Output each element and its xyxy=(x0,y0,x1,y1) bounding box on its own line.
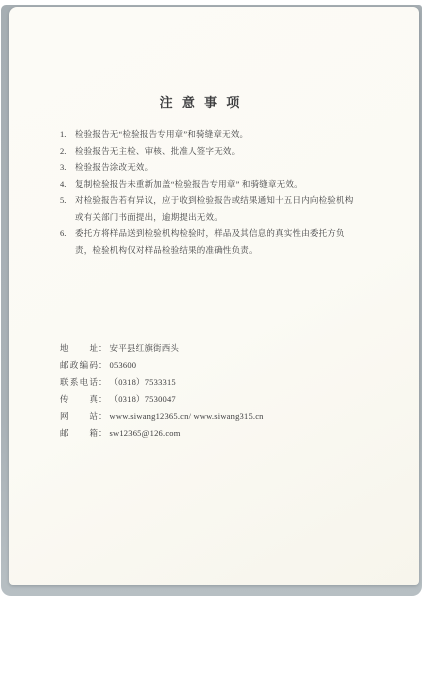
label-colon: ： xyxy=(98,340,107,357)
note-item: 2. 检验报告无主检、审核、批准人签字无效。 xyxy=(60,143,361,160)
contact-label: 传真 xyxy=(60,391,98,408)
contact-value: 安平县红旗街西头 xyxy=(110,343,180,353)
label-colon: ： xyxy=(98,425,107,442)
contact-address-row: 地址：安平县红旗街西头 xyxy=(60,340,264,357)
note-number: 5. xyxy=(60,192,75,225)
note-item: 6. 委托方将样品送到检验机构检验时，样品及其信息的真实性由委托方负责，检验机构… xyxy=(60,225,361,258)
contact-email-row: 邮箱：sw12365@126.com xyxy=(60,425,264,442)
note-text: 复制检验报告未重新加盖“检验报告专用章” 和骑缝章无效。 xyxy=(75,176,361,193)
contact-postcode-row: 邮政编码：053600 xyxy=(60,357,264,374)
note-number: 2. xyxy=(60,143,75,160)
scanned-page: 注 意 事 项 1. 检验报告无“检验报告专用章”和骑缝章无效。 2. 检验报告… xyxy=(0,0,424,700)
note-item: 3. 检验报告涂改无效。 xyxy=(60,159,361,176)
note-text: 委托方将样品送到检验机构检验时，样品及其信息的真实性由委托方负责，检验机构仅对样… xyxy=(75,225,361,258)
note-number: 3. xyxy=(60,159,75,176)
label-colon: ： xyxy=(98,391,107,408)
note-text: 检验报告无“检验报告专用章”和骑缝章无效。 xyxy=(75,126,361,143)
label-colon: ： xyxy=(98,357,107,374)
note-text: 检验报告涂改无效。 xyxy=(75,159,361,176)
contact-label: 地址 xyxy=(60,340,98,357)
contact-label: 网站 xyxy=(60,408,98,425)
note-item: 4. 复制检验报告未重新加盖“检验报告专用章” 和骑缝章无效。 xyxy=(60,176,361,193)
page-title: 注 意 事 项 xyxy=(9,92,393,111)
note-number: 4. xyxy=(60,176,75,193)
label-colon: ： xyxy=(98,374,107,391)
contact-info-block: 地址：安平县红旗街西头 邮政编码：053600 联系电话：（0318）75333… xyxy=(60,340,264,442)
note-text: 检验报告无主检、审核、批准人签字无效。 xyxy=(75,143,361,160)
note-item: 5. 对检验报告若有异议，应于收到检验报告或结果通知十五日内向检验机构或有关部门… xyxy=(60,192,361,225)
contact-label: 邮政编码 xyxy=(60,357,98,374)
contact-value: sw12365@126.com xyxy=(110,428,181,438)
contact-value: （0318）7530047 xyxy=(110,394,176,404)
label-colon: ： xyxy=(98,408,107,425)
notes-list: 1. 检验报告无“检验报告专用章”和骑缝章无效。 2. 检验报告无主检、审核、批… xyxy=(60,126,361,258)
note-item: 1. 检验报告无“检验报告专用章”和骑缝章无效。 xyxy=(60,126,361,143)
contact-label: 邮箱 xyxy=(60,425,98,442)
paper-sheet: 注 意 事 项 1. 检验报告无“检验报告专用章”和骑缝章无效。 2. 检验报告… xyxy=(9,7,419,585)
contact-value: www.siwang12365.cn/ www.siwang315.cn xyxy=(110,411,264,421)
contact-phone-row: 联系电话：（0318）7533315 xyxy=(60,374,264,391)
note-text: 对检验报告若有异议，应于收到检验报告或结果通知十五日内向检验机构或有关部门书面提… xyxy=(75,192,361,225)
contact-value: 053600 xyxy=(110,360,137,370)
note-number: 1. xyxy=(60,126,75,143)
contact-fax-row: 传真：（0318）7530047 xyxy=(60,391,264,408)
scanner-bed-frame: 注 意 事 项 1. 检验报告无“检验报告专用章”和骑缝章无效。 2. 检验报告… xyxy=(1,5,422,596)
contact-value: （0318）7533315 xyxy=(110,377,176,387)
contact-website-row: 网站：www.siwang12365.cn/ www.siwang315.cn xyxy=(60,408,264,425)
note-number: 6. xyxy=(60,225,75,258)
contact-label: 联系电话 xyxy=(60,374,98,391)
